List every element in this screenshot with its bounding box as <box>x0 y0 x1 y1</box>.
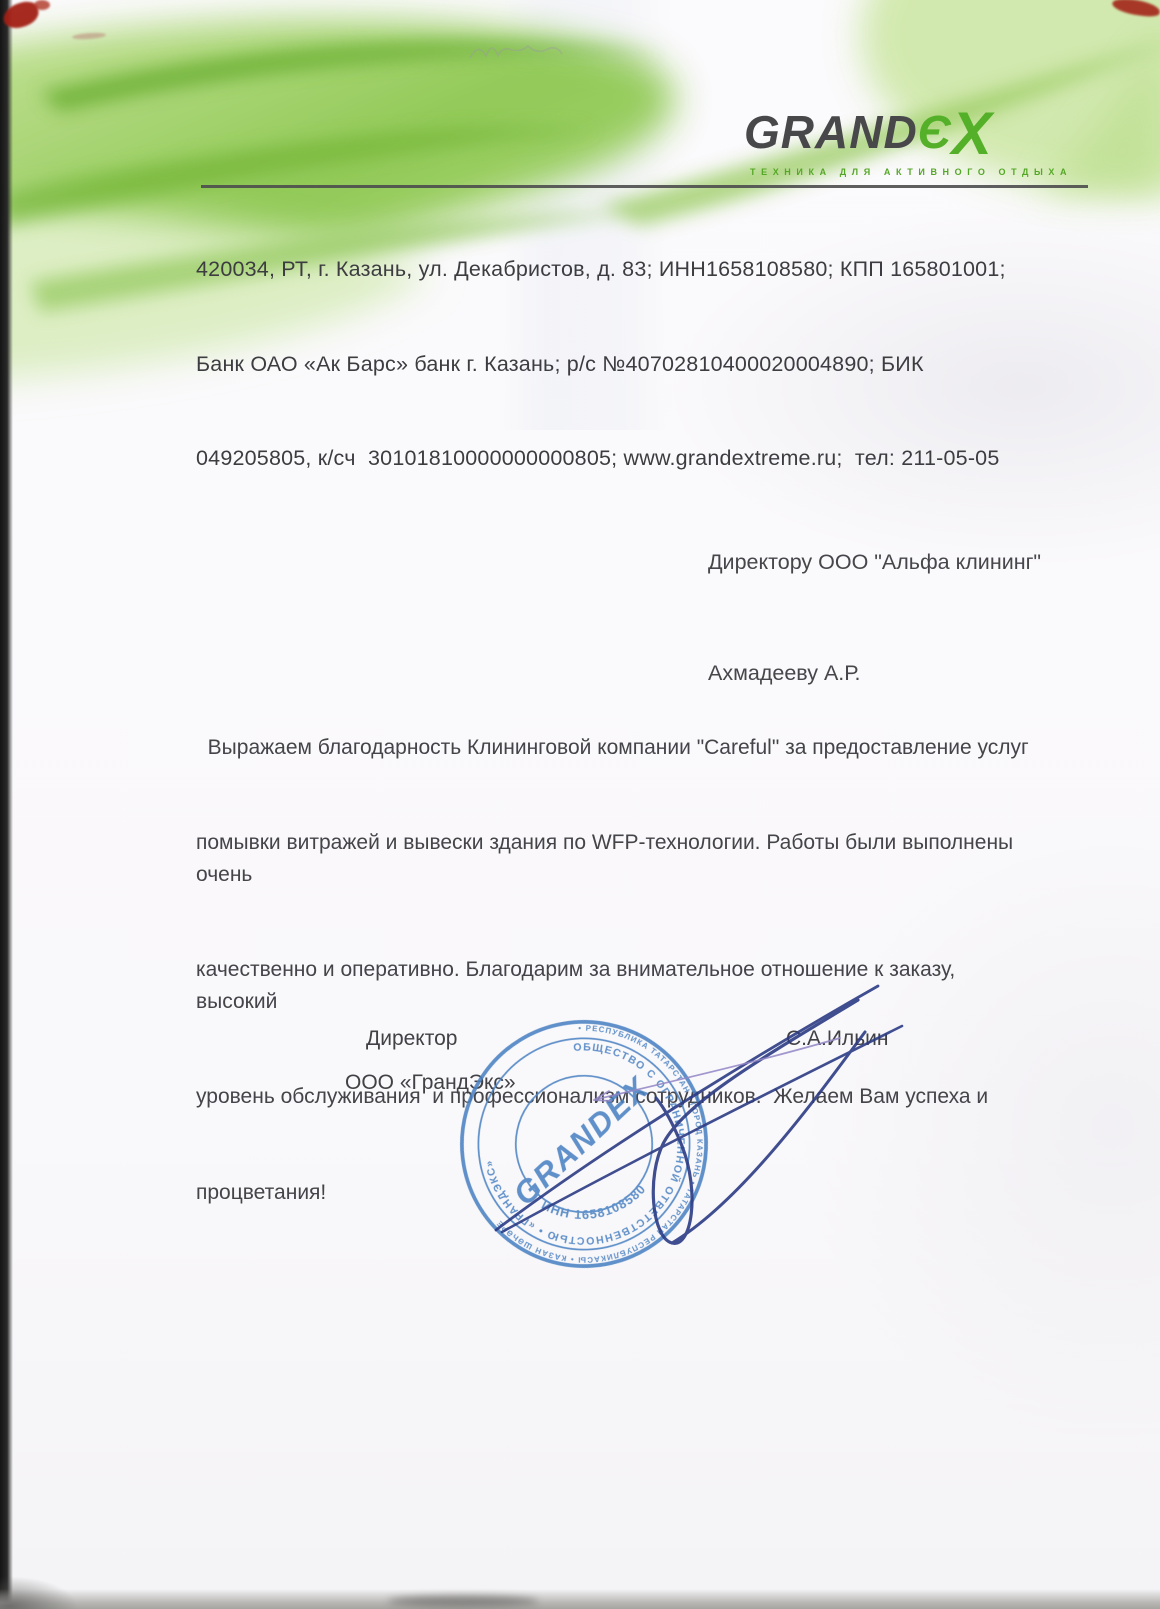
scan-edge-left <box>0 0 13 1609</box>
brand-wordmark: GRANDЄX <box>744 104 1074 164</box>
brand-logo: GRANDЄX ТЕХНИКА ДЛЯ АКТИВНОГО ОТДЫХА <box>744 104 1074 177</box>
handwritten-signature <box>410 940 950 1280</box>
brand-logo-x: X <box>952 100 993 167</box>
details-line-1: 420034, РТ, г. Казань, ул. Декабристов, … <box>196 254 1101 286</box>
pencil-scribble <box>440 30 660 70</box>
scanned-letter-page: GRANDЄX ТЕХНИКА ДЛЯ АКТИВНОГО ОТДЫХА 420… <box>0 0 1160 1609</box>
details-line-2: Банк ОАО «Ак Барс» банк г. Казань; р/с №… <box>196 349 1101 381</box>
body-line: помывки витражей и вывески здания по WFP… <box>196 827 1036 891</box>
scan-edge-bottom <box>0 1589 1160 1609</box>
brand-logo-grand: GRAND <box>744 106 918 158</box>
brand-logo-e: Є <box>918 106 952 158</box>
scan-corner-shadow <box>0 1554 120 1609</box>
signature-thin-stroke <box>594 1038 840 1101</box>
scan-bottom-smudge <box>388 1596 538 1607</box>
header-rule <box>201 185 1088 188</box>
brand-tagline: ТЕХНИКА ДЛЯ АКТИВНОГО ОТДЫХА <box>750 167 1074 177</box>
recipient-line-1: Директору ООО "Альфа клининг" <box>708 544 1041 581</box>
red-scan-mark-top-left-2 <box>34 0 50 10</box>
body-line: Выражаем благодарность Клининговой компа… <box>196 732 1036 764</box>
